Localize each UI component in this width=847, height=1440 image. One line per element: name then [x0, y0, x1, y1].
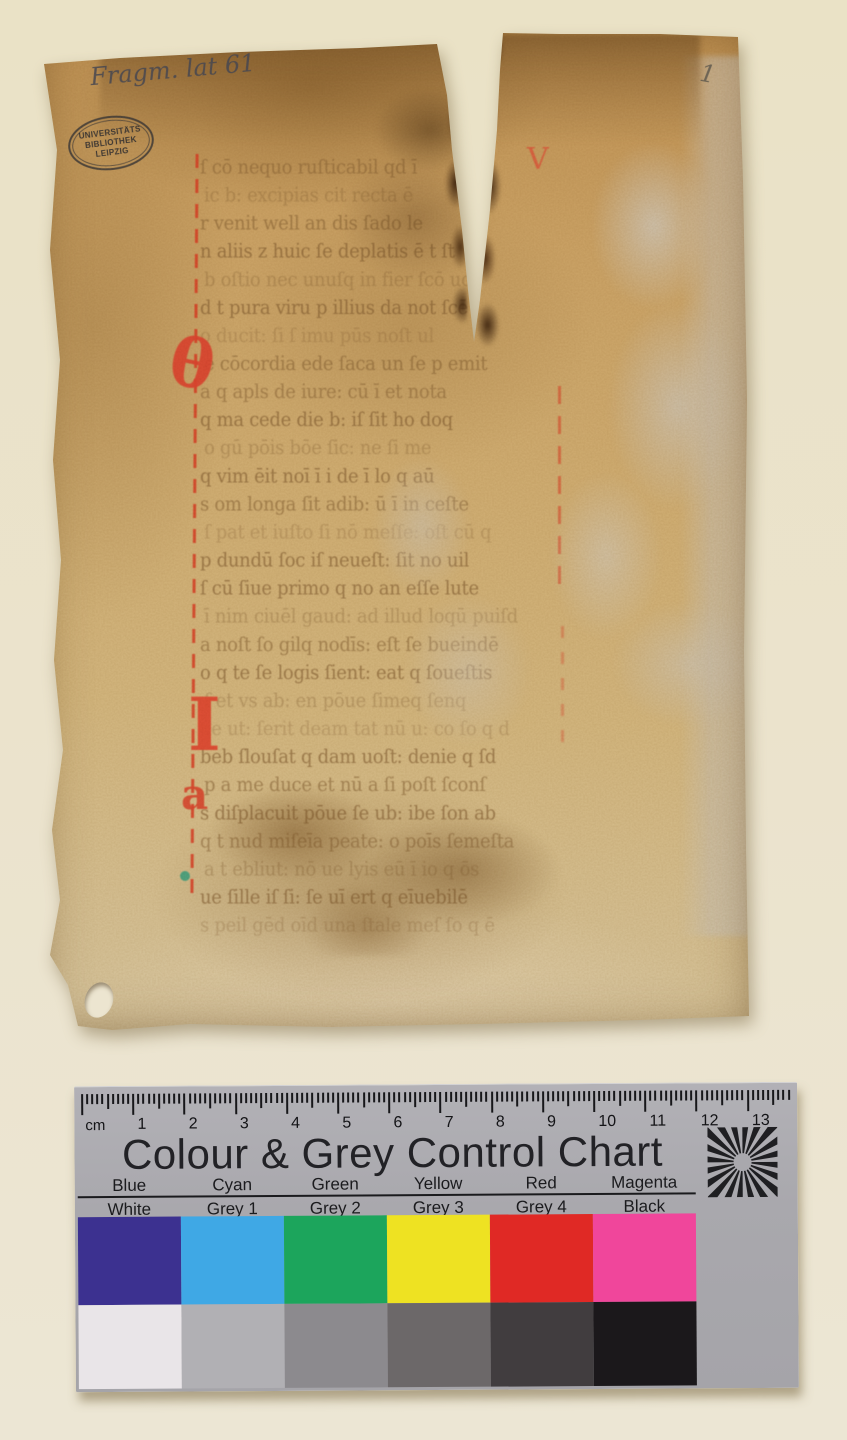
- ruler-tick: [107, 1094, 109, 1109]
- ruler-tick: [496, 1092, 498, 1102]
- ruler-tick: [675, 1091, 677, 1101]
- colour-patch: [490, 1302, 594, 1387]
- ruler-tick: [465, 1092, 467, 1107]
- ruler-tick: [772, 1090, 774, 1105]
- ruler-tick: [711, 1090, 713, 1100]
- colour-patches-row: [78, 1213, 697, 1305]
- ruler-tick: [419, 1092, 421, 1102]
- ruler-tick: [747, 1090, 749, 1111]
- tear-burn-edge-left: [423, 38, 467, 328]
- ruler-tick: [665, 1091, 667, 1101]
- patch-label: Magenta: [593, 1172, 696, 1193]
- ruler-tick: [588, 1091, 590, 1101]
- ruler-tick: [189, 1093, 191, 1103]
- ruler-tick: [434, 1092, 436, 1102]
- ruler-tick: [696, 1090, 698, 1111]
- patch-label: Cyan: [181, 1175, 284, 1196]
- ruler-tick: [327, 1093, 329, 1103]
- ruler-tick: [199, 1093, 201, 1103]
- ruler-tick: [127, 1094, 129, 1104]
- tear-burn-edge-right: [476, 28, 534, 358]
- ruler-tick: [230, 1093, 232, 1103]
- ruler-tick: [414, 1092, 416, 1107]
- ruler-tick: [332, 1093, 334, 1103]
- ruler-tick: [184, 1094, 186, 1115]
- ruler-tick: [716, 1090, 718, 1100]
- ruler-tick: [568, 1091, 570, 1106]
- ruler-tick: [660, 1091, 662, 1101]
- ruler-tick: [148, 1094, 150, 1104]
- ruler-tick: [312, 1093, 314, 1108]
- ruler-tick: [276, 1093, 278, 1103]
- ruler-tick: [178, 1094, 180, 1104]
- ruler-tick: [137, 1094, 139, 1104]
- ruler-tick: [578, 1091, 580, 1101]
- ruler-tick: [153, 1094, 155, 1104]
- ruler-tick: [619, 1091, 621, 1106]
- ruler-tick: [163, 1094, 165, 1104]
- ruler-tick: [475, 1092, 477, 1102]
- ruler-tick: [783, 1090, 785, 1100]
- chart-title: Colour & Grey Control Chart: [74, 1127, 710, 1179]
- ruler-tick: [296, 1093, 298, 1103]
- ruler-tick: [245, 1093, 247, 1103]
- ruler-tick: [112, 1094, 114, 1104]
- ruler-tick: [81, 1094, 83, 1115]
- siemens-star-icon: [707, 1127, 777, 1197]
- ruler-tick: [455, 1092, 457, 1102]
- ruler-tick: [399, 1092, 401, 1102]
- ruler-tick: [224, 1093, 226, 1103]
- ruler-tick: [480, 1092, 482, 1102]
- ruler-tick: [265, 1093, 267, 1103]
- ruler-tick: [204, 1093, 206, 1103]
- ruler-tick: [383, 1092, 385, 1102]
- ruler-tick: [644, 1091, 646, 1112]
- ruler-tick: [342, 1093, 344, 1103]
- ruler-tick: [706, 1090, 708, 1100]
- ruler-tick: [542, 1091, 544, 1112]
- ruler-tick: [102, 1094, 104, 1104]
- ruler-tick: [281, 1093, 283, 1103]
- ruler-tick: [726, 1090, 728, 1100]
- patch-label: Green: [284, 1174, 387, 1195]
- colour-patch: [78, 1305, 182, 1390]
- ruler-tick: [219, 1093, 221, 1103]
- ruler-tick: [445, 1092, 447, 1102]
- ruler-tick: [655, 1091, 657, 1101]
- ruler-tick: [158, 1094, 160, 1109]
- ruler-tick: [460, 1092, 462, 1102]
- ruler-tick: [409, 1092, 411, 1102]
- ruler-tick: [583, 1091, 585, 1101]
- siemens-star-svg: [707, 1127, 777, 1197]
- ruler-tick: [624, 1091, 626, 1101]
- colour-patch: [387, 1215, 491, 1304]
- ruler-tick: [194, 1093, 196, 1103]
- ruler-tick: [742, 1090, 744, 1100]
- ruler-tick: [393, 1092, 395, 1102]
- ruler-tick: [322, 1093, 324, 1103]
- ruler-tick: [352, 1092, 354, 1102]
- ruler-tick: [486, 1092, 488, 1102]
- ruler-tick: [757, 1090, 759, 1100]
- ruler-tick: [424, 1092, 426, 1102]
- ruler-tick: [690, 1090, 692, 1100]
- ruler-tick: [337, 1093, 339, 1114]
- ruler-tick: [347, 1093, 349, 1103]
- patch-label: Blue: [78, 1176, 181, 1197]
- ruler-tick: [291, 1093, 293, 1103]
- ruler-tick: [670, 1091, 672, 1106]
- ruler-tick: [286, 1093, 288, 1114]
- ruler-tick: [552, 1091, 554, 1101]
- ruler-tick: [317, 1093, 319, 1103]
- ruler-tick: [363, 1092, 365, 1107]
- colour-patch: [490, 1214, 594, 1303]
- ruler-tick: [168, 1094, 170, 1104]
- colour-patch: [284, 1303, 388, 1388]
- ruler-tick: [404, 1092, 406, 1102]
- ruler-tick: [634, 1091, 636, 1101]
- ruler-tick: [132, 1094, 134, 1115]
- ruler-tick: [603, 1091, 605, 1101]
- ruler-tick: [639, 1091, 641, 1101]
- ruler-tick: [429, 1092, 431, 1102]
- colour-control-chart: cm 12345678910111213 Colour & Grey Contr…: [74, 1082, 799, 1392]
- ruler-tick: [532, 1091, 534, 1101]
- ruler-tick: [516, 1091, 518, 1106]
- ruler-tick: [501, 1092, 503, 1102]
- colour-patch: [78, 1217, 182, 1306]
- ruler-tick: [271, 1093, 273, 1103]
- ruler-tick: [680, 1090, 682, 1100]
- ruler-tick: [788, 1090, 790, 1100]
- ruler-tick: [260, 1093, 262, 1108]
- colour-patch: [284, 1215, 388, 1304]
- colour-patch: [181, 1216, 285, 1305]
- edge-vignette: [40, 26, 752, 1032]
- ruler-tick: [255, 1093, 257, 1103]
- ruler-tick: [598, 1091, 600, 1101]
- parchment-leaf: ſ cō nequo ruſticabil qd īic b: excipias…: [40, 26, 752, 1032]
- ruler-tick: [388, 1092, 390, 1113]
- ruler-tick: [235, 1093, 237, 1114]
- ruler-tick: [629, 1091, 631, 1101]
- ruler-tick: [378, 1092, 380, 1102]
- ruler-tick: [527, 1091, 529, 1101]
- ruler-tick: [491, 1092, 493, 1113]
- ruler-tick: [470, 1092, 472, 1102]
- ruler-tick: [117, 1094, 119, 1104]
- colour-patch: [593, 1213, 697, 1302]
- colour-patch: [181, 1304, 285, 1389]
- ruler-tick: [573, 1091, 575, 1101]
- ruler-tick: [731, 1090, 733, 1100]
- ruler-tick: [701, 1090, 703, 1100]
- ruler-tick: [557, 1091, 559, 1101]
- ruler-tick: [301, 1093, 303, 1103]
- ruler-tick: [547, 1091, 549, 1101]
- ruler-tick: [593, 1091, 595, 1112]
- ruler-tick: [122, 1094, 124, 1104]
- ruler-tick: [143, 1094, 145, 1104]
- ruler-tick: [736, 1090, 738, 1100]
- parchment-fragment: ſ cō nequo ruſticabil qd īic b: excipias…: [40, 26, 752, 1032]
- ruler-tick: [373, 1092, 375, 1102]
- ruler-tick: [209, 1093, 211, 1108]
- ruler-tick: [762, 1090, 764, 1100]
- ruler-tick: [306, 1093, 308, 1103]
- ruler-tick: [649, 1091, 651, 1101]
- ruler-tick: [721, 1090, 723, 1105]
- ruler-tick: [91, 1094, 93, 1104]
- colour-patch: [387, 1303, 491, 1388]
- ruler-tick: [86, 1094, 88, 1104]
- ruler-tick: [511, 1092, 513, 1102]
- ruler-tick: [562, 1091, 564, 1101]
- ruler-tick: [537, 1091, 539, 1101]
- patch-label: Yellow: [387, 1174, 490, 1195]
- ruler-tick: [685, 1090, 687, 1100]
- ruler-tick: [250, 1093, 252, 1103]
- grey-patches-row: [78, 1301, 697, 1389]
- ruler-tick: [614, 1091, 616, 1101]
- ruler-tick: [450, 1092, 452, 1102]
- ruler-tick: [608, 1091, 610, 1101]
- ruler-tick: [521, 1091, 523, 1101]
- photograph-stage: ſ cō nequo ruſticabil qd īic b: excipias…: [0, 0, 847, 1440]
- ruler-tick: [368, 1092, 370, 1102]
- ruler-tick: [358, 1092, 360, 1102]
- ruler-tick: [96, 1094, 98, 1104]
- ruler-tick: [240, 1093, 242, 1103]
- colour-patch: [593, 1301, 697, 1386]
- ruler-tick: [440, 1092, 442, 1113]
- patch-label: Red: [490, 1173, 593, 1194]
- ruler-tick: [767, 1090, 769, 1100]
- ruler-tick: [752, 1090, 754, 1100]
- ruler-tick: [777, 1090, 779, 1100]
- ruler-tick: [173, 1094, 175, 1104]
- ruler-tick: [506, 1092, 508, 1102]
- ruler-tick: [214, 1093, 216, 1103]
